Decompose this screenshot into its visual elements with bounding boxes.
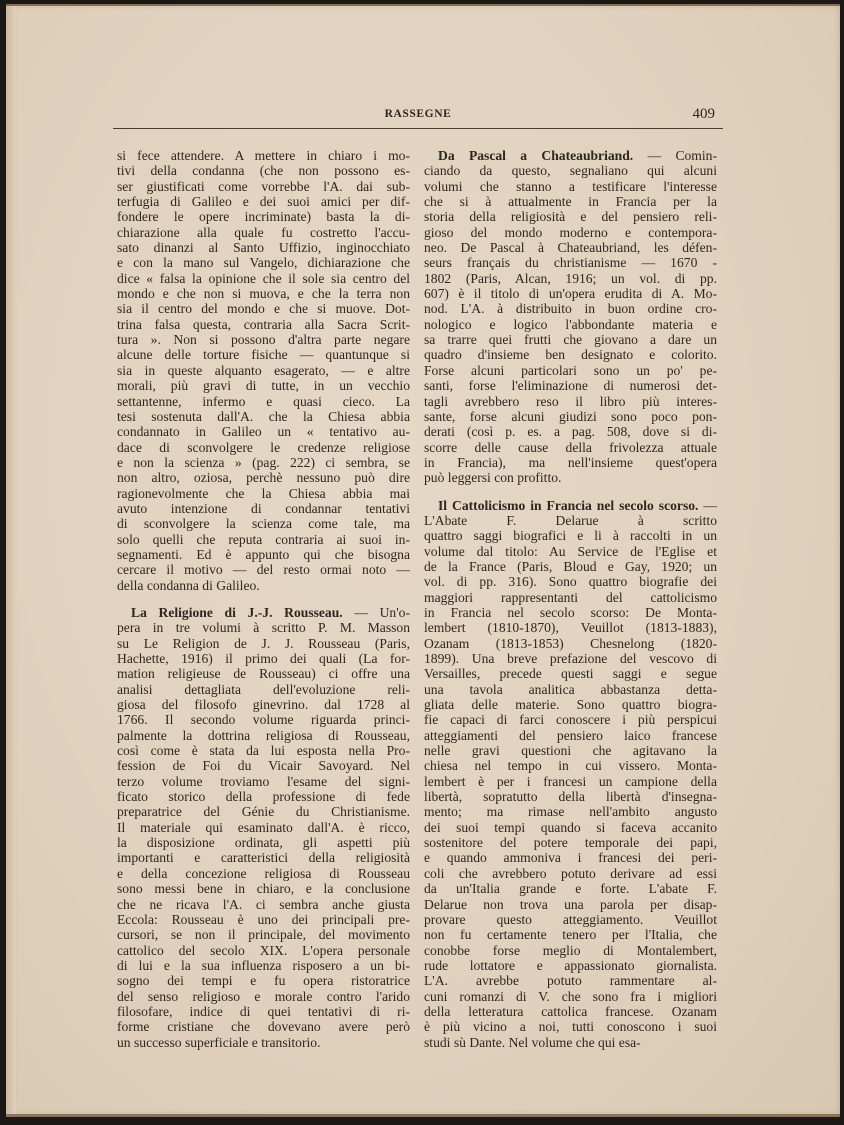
text-line: sostenitore del potere temporale dei pap…: [424, 835, 717, 850]
text-line: maggiori rappresentanti del cattolicismo: [424, 590, 717, 605]
text-line: trina falsa questa, contraria alla Sacra…: [117, 317, 410, 332]
text-line: Delarue non trova una parola per disap-: [424, 897, 717, 912]
text-line: che ne ricava l'A. ci sembra anche giust…: [117, 897, 410, 912]
text-line: su Le Religion de J. J. Rousseau (Paris,: [117, 636, 410, 651]
running-head: RASSEGNE: [113, 108, 723, 120]
text-line: quadro d'insieme ben designato e colorit…: [424, 347, 717, 362]
text-line: L'A. avrebbe potuto rammentare al-: [424, 973, 717, 988]
text-line: mondo e che non si muova, e che la terra…: [117, 286, 410, 301]
text-line: settantenne, infermo e quasi cieco. La: [117, 394, 410, 409]
text-line: cuni romanzi di V. che sono fra i miglio…: [424, 989, 717, 1004]
text-line: e quando ammoniva i francesi dei peri-: [424, 850, 717, 865]
text-line: un successo superficiale e transitorio.: [117, 1035, 410, 1050]
text-line: tura ». Non si possono d'altra parte neg…: [117, 332, 410, 347]
section-heading-rousseau: La Religione di J.-J. Rousseau.: [131, 605, 343, 620]
text-line: morali, più gravi di tutte, in un vecchi…: [117, 378, 410, 393]
text-line: 1766. Il secondo volume riguarda princi-: [117, 712, 410, 727]
section-rousseau: La Religione di J.-J. Rousseau. — Un'o- …: [117, 605, 410, 1050]
text-line: lembert (1810-1870), Veuillot (1813-1883…: [424, 620, 717, 635]
section-pascal-chateaubriand: Da Pascal a Chateaubriand. — Comin- cian…: [424, 148, 717, 486]
text-line: non altro, oziosa, perchè nessuno può di…: [117, 470, 410, 485]
text-line: cattolico del secolo XIX. L'opera person…: [117, 943, 410, 958]
section-first-line: Da Pascal a Chateaubriand. — Comin-: [424, 148, 717, 163]
page-binding-edge: [6, 6, 16, 1114]
text-line: ser giustificati come vorrebbe l'A. dai …: [117, 179, 410, 194]
text-line: Hachette, 1916) il primo dei quali (La f…: [117, 651, 410, 666]
left-column: si fece attendere. A mettere in chiaro i…: [117, 148, 410, 1050]
text-line: ciando da questo, segnaliano qui alcuni: [424, 163, 717, 178]
text-line: fession de Foi du Vicair Savoyard. Nel: [117, 758, 410, 773]
text-line: lembert è per i francesi un campione del…: [424, 774, 717, 789]
text-line: conobbe forse meglio di Montalembert,: [424, 943, 717, 958]
text-line: della condanna di Galileo.: [117, 578, 410, 593]
text-line: condannato in Galileo un « tentativo au-: [117, 424, 410, 439]
text-line: Il materiale qui esaminato dall'A. è ric…: [117, 820, 410, 835]
text-line: è più vicino a noi, tutti conoscono i su…: [424, 1019, 717, 1034]
text-line: gliata delle materie. Sono quattro biogr…: [424, 697, 717, 712]
text-line: dace di sconvolgere le credenze religios…: [117, 440, 410, 455]
section-first-line: La Religione di J.-J. Rousseau. — Un'o-: [117, 605, 410, 620]
text-line: filosofare, indice di quei tentativi di …: [117, 1004, 410, 1019]
text-line: avuto intenzione di condannar tentativi: [117, 501, 410, 516]
text-line: volumi che stanno a testificare l'intere…: [424, 179, 717, 194]
text-line: fie capaci di farci conoscere i più pers…: [424, 712, 717, 727]
text-line: derati (così p. es. a pag. 508, dove si …: [424, 424, 717, 439]
text-line: vol. di pp. 316). Sono quattro biografie…: [424, 574, 717, 589]
text-line: pera in tre volumi à scritto P. M. Masso…: [117, 620, 410, 635]
text-line: Versailles, precede questi saggi e segue: [424, 666, 717, 681]
text-line: si fece attendere. A mettere in chiaro i…: [117, 148, 410, 163]
text-line: 1899). Una breve prefazione del vescovo …: [424, 651, 717, 666]
text-line: alcune delle torture fisiche — quantunqu…: [117, 347, 410, 362]
text-line: 1802 (Paris, Alcan, 1916; un vol. di pp.: [424, 271, 717, 286]
text-line: libertà, sopratutto della libertà d'inse…: [424, 789, 717, 804]
text-line: tagli avrebbero reso il libro più intere…: [424, 394, 717, 409]
section-heading-pascal: Da Pascal a Chateaubriand.: [438, 148, 633, 163]
text-line: e con la mano sul Vangelo, dichiarazione…: [117, 255, 410, 270]
text-line: dice « falsa la opinione che il sole sia…: [117, 271, 410, 286]
section-first-line: Il Cattolicismo in Francia nel secolo sc…: [424, 498, 717, 529]
text-line: chiesa nel tempo in cui vissero. Monta-: [424, 758, 717, 773]
text-line: forme cristiane che dovevano avere però: [117, 1019, 410, 1034]
text-line: ragionevolmente che la Chiesa abbia mai: [117, 486, 410, 501]
text-line: analisi dettagliata dell'evoluzione reli…: [117, 682, 410, 697]
text-line: santi, forse l'eliminazione di numerosi …: [424, 378, 717, 393]
text-line: rude lottatore e appassionato giornalist…: [424, 958, 717, 973]
text-line: studi sù Dante. Nel volume che qui esa-: [424, 1035, 717, 1050]
text-line: nelle gravi questioni che agitavano la: [424, 743, 717, 758]
text-line: cercare il motivo — del resto ormai noto…: [117, 562, 410, 577]
text-line: palmente la dottrina religiosa di Rousse…: [117, 728, 410, 743]
text-line: segnamenti. Ed è appunto qui che bisogna: [117, 547, 410, 562]
text-line: solo quelli che reputa contraria ai suoi…: [117, 532, 410, 547]
section-heading-cattolicismo: Il Cattolicismo in Francia nel secolo sc…: [438, 498, 698, 513]
text-line: — Un'o-: [343, 605, 410, 620]
text-line: provare questo atteggiamento. Veuillot: [424, 912, 717, 927]
text-line: sia in queste alquanto esagerato, — e al…: [117, 363, 410, 378]
text-line: una tavola analitica abbastanza detta-: [424, 682, 717, 697]
text-line: di lui e la sua influenza risposero a un…: [117, 958, 410, 973]
text-line: sono messi bene in chiaro, e la conclusi…: [117, 881, 410, 896]
text-line: sa trarre quei frutti che giovano a dare…: [424, 332, 717, 347]
text-line: gioso del mondo moderno e contempora-: [424, 225, 717, 240]
text-line: del senso religioso e morale contro l'ar…: [117, 989, 410, 1004]
text-line: sante, forse alcuni giudizi sono poco po…: [424, 409, 717, 424]
text-line: sia il centro del mondo e che si muove. …: [117, 301, 410, 316]
text-line: chiarazione alla quale fu costretto l'ac…: [117, 225, 410, 240]
text-line: e non la scienza » (pag. 222) ci sembra,…: [117, 455, 410, 470]
text-line: in Francia), ma nell'insieme quest'opera: [424, 455, 717, 470]
text-line: la disposizione ordinata, gli aspetti pi…: [117, 835, 410, 850]
galileo-paragraph-continuation: si fece attendere. A mettere in chiaro i…: [117, 148, 410, 593]
text-line: cursori, se non il principale, del movim…: [117, 927, 410, 942]
text-line: neo. De Pascal à Chateaubriand, les défe…: [424, 240, 717, 255]
page-number: 409: [693, 106, 716, 123]
text-line: dei suoi tempi quando si faceva accanito: [424, 820, 717, 835]
text-line: tivi della condanna (che non possono es-: [117, 163, 410, 178]
text-line: giosa del filosofo ginevrino. dal 1728 a…: [117, 697, 410, 712]
text-line: che si à attualmente in Francia per la: [424, 194, 717, 209]
text-line: in Francia nel secolo scorso: De Monta-: [424, 605, 717, 620]
text-line: nologico e logico l'abbondante materia e: [424, 317, 717, 332]
text-line: Ozanam (1813-1853) Chesnelong (1820-: [424, 636, 717, 651]
right-column: Da Pascal a Chateaubriand. — Comin- cian…: [424, 148, 717, 1050]
text-line: terzo volume troviamo l'esame del signi-: [117, 774, 410, 789]
page-header: RASSEGNE 409: [113, 108, 723, 130]
text-line: storia della religiosità e del pensiero …: [424, 209, 717, 224]
text-line: non fu certamente tenero per l'Italia, c…: [424, 927, 717, 942]
text-line: volume dal titolo: Au Service de l'Eglis…: [424, 544, 717, 559]
text-line: scorre delle cause della frivolezza attu…: [424, 440, 717, 455]
text-line: sato dinanzi al Santo Uffizio, inginocch…: [117, 240, 410, 255]
header-rule: [113, 128, 723, 129]
text-line: della letteratura cattolica francese. Oz…: [424, 1004, 717, 1019]
text-line: terfugia di Galileo e dei suoi amici per…: [117, 194, 410, 209]
text-line: tesi sostenuta dall'A. che la Chiesa abb…: [117, 409, 410, 424]
text-line: importanti e caratteristici della religi…: [117, 850, 410, 865]
text-line: mation religieuse de Rousseau) ci offre …: [117, 666, 410, 681]
text-line: — Comin-: [633, 148, 717, 163]
section-cattolicismo-francia: Il Cattolicismo in Francia nel secolo sc…: [424, 498, 717, 1050]
text-line: 607) è il titolo di un'opera erudita di …: [424, 286, 717, 301]
text-line: fondere le opere incriminate) basta la d…: [117, 209, 410, 224]
text-line: e della concezione religiosa di Rousseau: [117, 866, 410, 881]
text-line: sogno dei tempi e fu opera ristoratrice: [117, 973, 410, 988]
document-page: RASSEGNE 409 si fece attendere. A metter…: [6, 4, 840, 1117]
text-line: da un'Italia grande e forte. L'abate F.: [424, 881, 717, 896]
text-line: de la France (Paris, Bloud e Gay, 1920; …: [424, 559, 717, 574]
text-line: ficato storico della professione di fede: [117, 789, 410, 804]
text-line: nod. L'A. à distribuito in buon ordine c…: [424, 301, 717, 316]
text-line: quattro saggi biografici e li à raccolti…: [424, 528, 717, 543]
text-line: così come è stata da lui esposta nella P…: [117, 743, 410, 758]
text-line: mento; ma rimase nell'ambito angusto: [424, 804, 717, 819]
text-line: può leggersi con profitto.: [424, 470, 717, 485]
text-line: coli che avrebbero potuto derivare ad es…: [424, 866, 717, 881]
text-line: di sconvolgere la scienza come tale, ma: [117, 516, 410, 531]
text-line: preparatrice del Génie du Christianisme.: [117, 804, 410, 819]
text-line: seurs français du christianisme — 1670 -: [424, 255, 717, 270]
text-line: atteggiamenti del pensiero laico frances…: [424, 728, 717, 743]
text-line: Forse alcuni particolari sono un po' pe-: [424, 363, 717, 378]
text-line: Eccola: Rousseau è uno dei principali pr…: [117, 912, 410, 927]
